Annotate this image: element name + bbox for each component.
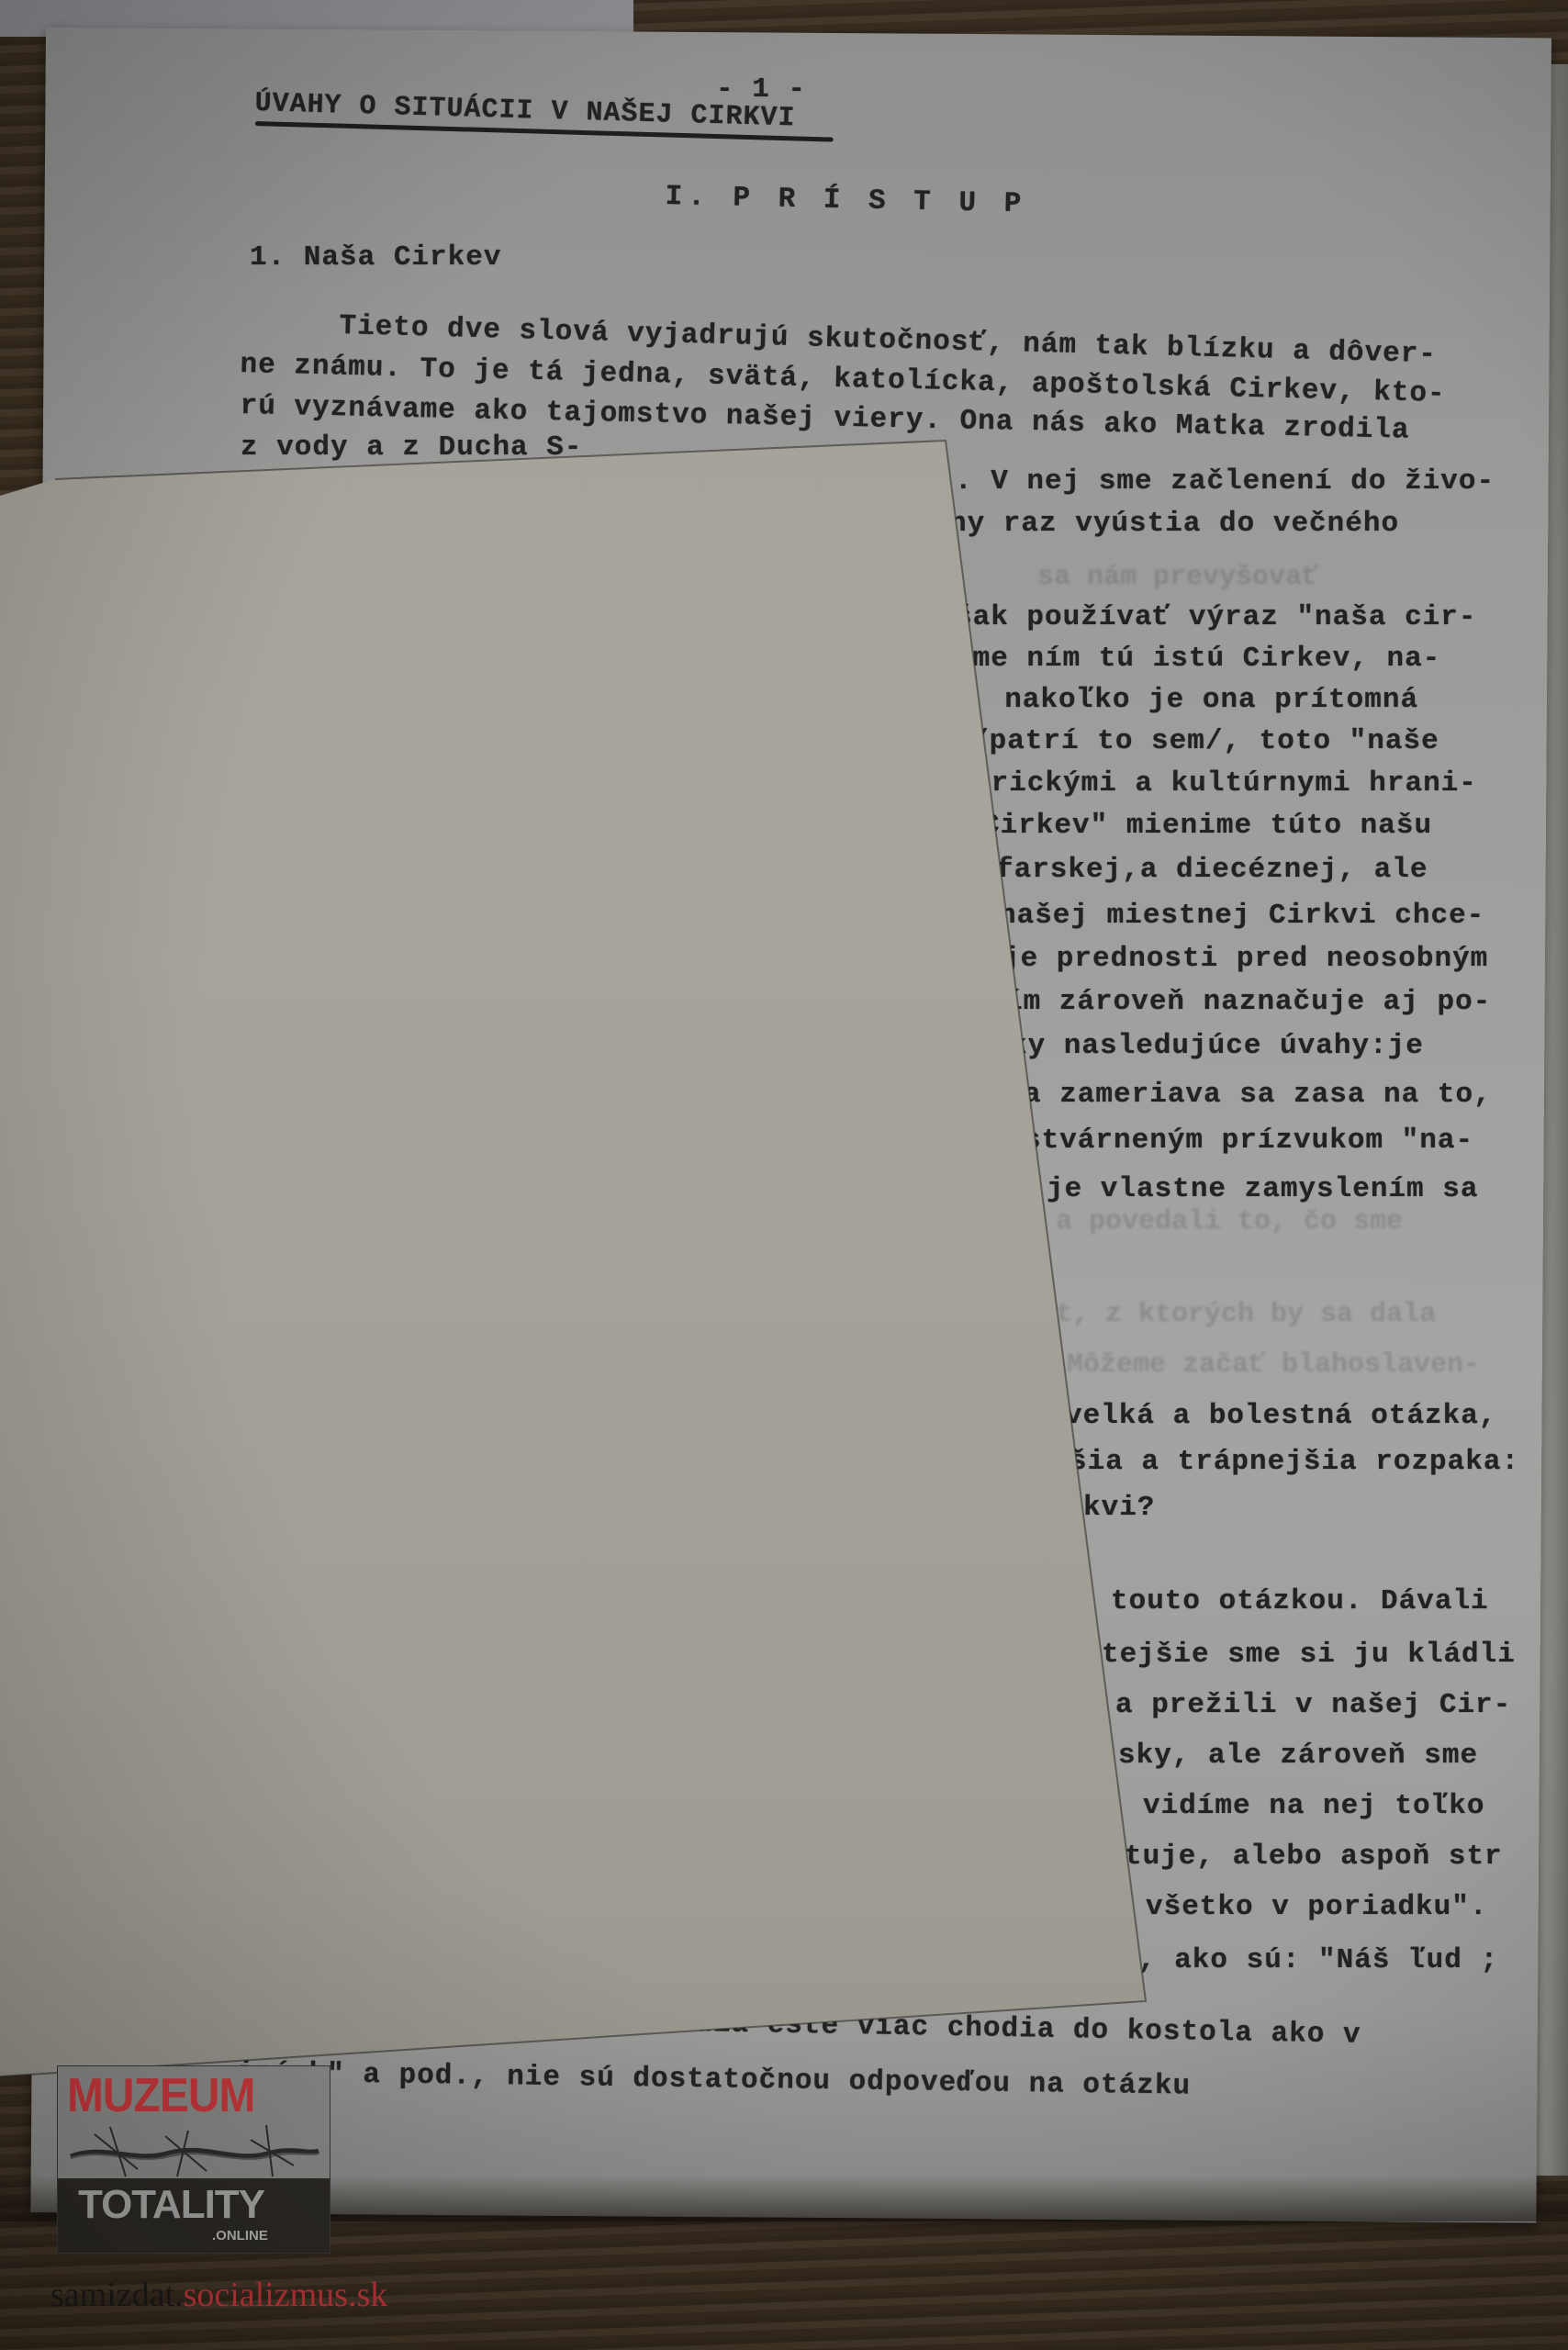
- body-line: /patrí to sem/, toto "naše: [971, 725, 1439, 757]
- body-line: a zameriava sa zasa na to,: [1024, 1079, 1492, 1111]
- body-line: . V nej sme začlenení do živo-: [955, 465, 1495, 498]
- bleed-through-text: Môžeme začať blahoslaven-: [1067, 1349, 1480, 1381]
- body-line: íme ním tú istú Cirkev, na-: [955, 643, 1440, 675]
- body-line: Cirkev" mienime túto našu: [982, 810, 1432, 842]
- body-line: je vlastne zamyslením sa: [1047, 1173, 1478, 1205]
- bleed-through-text: sa nám prevyšovať: [1037, 562, 1318, 593]
- body-line: , nakoľko je ona prítomná: [969, 684, 1418, 716]
- subsection-heading: 1. Naša Cirkev: [250, 241, 501, 274]
- body-line: šia a trápnejšia rozpaka:: [1070, 1446, 1519, 1478]
- body-line: , ako sú: "Náš ľud ;: [1138, 1944, 1498, 1976]
- body-line: stvárneným prízvukom "na-: [1024, 1125, 1473, 1157]
- body-line: všetko v poriadku".: [1146, 1891, 1487, 1923]
- body-line: touto otázkou. Dávali: [1111, 1585, 1489, 1617]
- body-line: ky nasledujúce úvahy:je: [1010, 1030, 1424, 1062]
- bleed-through-text: t, z ktorých by sa dala: [1056, 1299, 1436, 1330]
- url-prefix: samizdat.: [50, 2276, 184, 2314]
- body-line: orickými a kultúrnymi hrani-: [973, 767, 1477, 800]
- logo-online-text: .ONLINE: [212, 2228, 268, 2244]
- body-line: ím zároveň naznačuje aj po-: [1005, 986, 1491, 1018]
- bleed-through-text: a povedali to, čo sme: [1056, 1206, 1403, 1237]
- body-line: tuje, alebo aspoň str: [1125, 1841, 1503, 1873]
- url-domain: socializmus.sk: [184, 2276, 388, 2314]
- body-line: vidíme na nej toľko: [1143, 1790, 1484, 1822]
- logo-muzeum-text: MUZEUM: [67, 2068, 254, 2123]
- body-line: tejšie sme si ju kládli: [1102, 1639, 1516, 1671]
- logo-totality-text: TOTALITY: [78, 2182, 264, 2228]
- museum-logo: MUZEUM TOTALITY .ONLINE: [57, 2065, 330, 2254]
- body-line: sky, ale zároveň sme: [1118, 1740, 1478, 1772]
- body-line: šak používať výraz "naša cir-: [955, 601, 1477, 633]
- body-line: velká a bolestná otázka,: [1065, 1400, 1496, 1432]
- body-line: je prednosti pred neosobným: [1002, 943, 1488, 975]
- body-line: a prežili v našej Cir-: [1115, 1689, 1511, 1721]
- barbed-wire-icon: [69, 2123, 320, 2178]
- body-line: kvi?: [1083, 1492, 1155, 1524]
- body-line: ny raz vyústia do večného: [949, 508, 1399, 540]
- body-line: našej miestnej Cirkvi chce-: [999, 900, 1484, 932]
- body-line: farskej,a diecéznej, ale: [996, 854, 1428, 886]
- source-url-watermark: samizdat.socializmus.sk: [50, 2275, 387, 2315]
